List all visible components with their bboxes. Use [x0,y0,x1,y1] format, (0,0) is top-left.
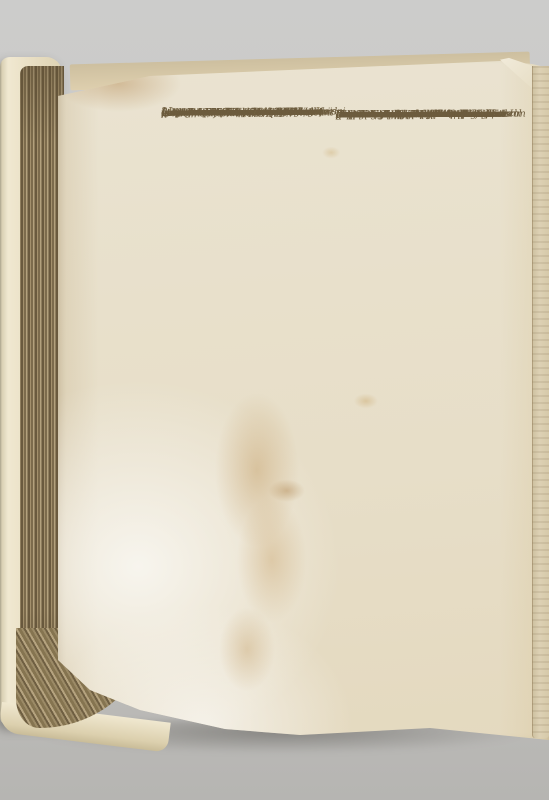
underlying-pages-edge [532,66,549,738]
text-column-left: Unde manifestaum est quorom dicuntIn obs… [161,104,339,619]
manuscript-text-line: dicetur est eos qui nullius condicionis [336,107,503,123]
manuscript-text-line: tribuli urscendent sup ulaturia eorum [161,104,328,120]
text-column-right: et dicent montibus cadite super nos et c… [336,107,509,616]
manuscript-photo: Unde manifestaum est quorom dicuntIn obs… [0,0,549,800]
page-edge-stack [20,66,64,706]
